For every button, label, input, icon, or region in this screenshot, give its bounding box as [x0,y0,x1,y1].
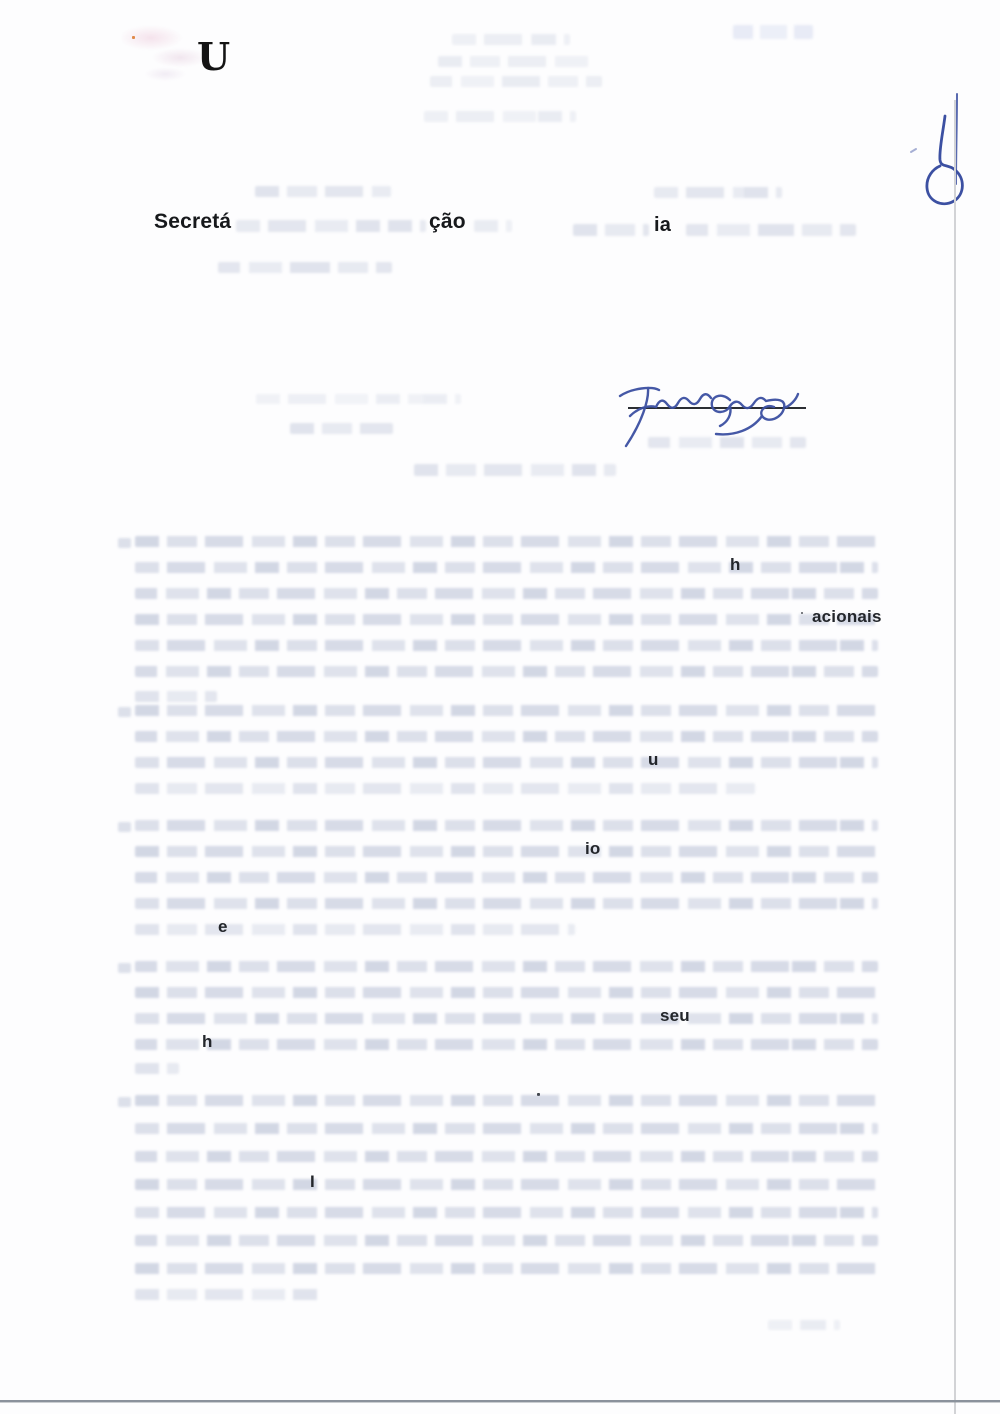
scan-artifact-dot [801,612,803,614]
faded-text-line [686,224,856,236]
faded-text-line [135,1179,878,1190]
body-text-fragment: acionais [812,608,882,625]
header-title-fragment: Secretá [154,211,231,232]
body-text-fragment: h [730,556,741,573]
faded-text-line [255,186,391,197]
faded-text-line [135,757,878,768]
faded-text-line [135,1095,878,1106]
faded-text-line [654,187,782,198]
faded-text-line [135,1235,878,1246]
faded-list-number [118,1097,131,1107]
faded-document-title [414,464,616,476]
scan-artifact-dot [132,36,135,39]
faded-text-line [135,1289,320,1300]
faded-text-line [135,1013,878,1024]
faded-footer-text [768,1320,840,1330]
body-text-fragment: e [218,918,228,935]
faded-text-line [430,76,602,87]
faded-text-line [135,1207,878,1218]
faded-text-line [236,220,426,232]
faded-text-line [135,1039,878,1050]
body-text-fragment: I [310,1173,315,1190]
faded-text-line [135,1151,878,1162]
faded-text-line [135,1063,179,1074]
faded-text-line [135,898,878,909]
faded-list-number [118,707,131,717]
faded-text-line [135,987,878,998]
body-text-fragment: h [202,1033,213,1050]
faded-list-number [118,538,131,548]
scan-fold-line [954,100,956,1414]
faded-stamp-smudge [733,25,813,39]
faded-text-line [135,562,878,573]
faded-text-line [474,220,512,232]
faded-text-line [438,56,590,67]
letterhead-logo-letter: U [197,38,230,76]
faded-text-line [424,111,576,122]
header-title-fragment: ia [654,215,671,235]
faded-text-line [290,423,393,434]
faded-text-line [135,924,575,935]
faded-text-line [135,536,878,547]
body-text-fragment: u [648,751,659,768]
footer-rule [0,1400,1000,1402]
body-text-fragment: seu [660,1007,690,1024]
faded-text-line [135,1263,878,1274]
faded-text-line [135,731,878,742]
faded-text-line [135,588,878,599]
faded-text-line [135,961,878,972]
faded-text-line [135,872,878,883]
faded-text-line [648,437,806,448]
faded-text-line [135,640,878,651]
faded-text-line [135,820,878,831]
pen-mark [905,88,985,223]
faded-text-line [135,783,755,794]
faded-text-line [573,224,649,236]
faded-list-number [118,822,131,832]
faded-text-line [135,691,217,702]
faded-text-line [135,846,878,857]
scanned-document-page: U Secretá ção ia [0,0,1000,1414]
faded-text-line [135,614,878,625]
faded-text-line [135,705,878,716]
faded-text-line [452,34,570,45]
faded-text-line [135,666,878,677]
header-title-fragment: ção [429,211,466,232]
faded-text-line [135,1123,878,1134]
body-text-fragment: io [585,840,601,857]
faded-list-number [118,963,131,973]
faded-text-line [256,394,461,404]
faded-text-line [218,262,392,273]
